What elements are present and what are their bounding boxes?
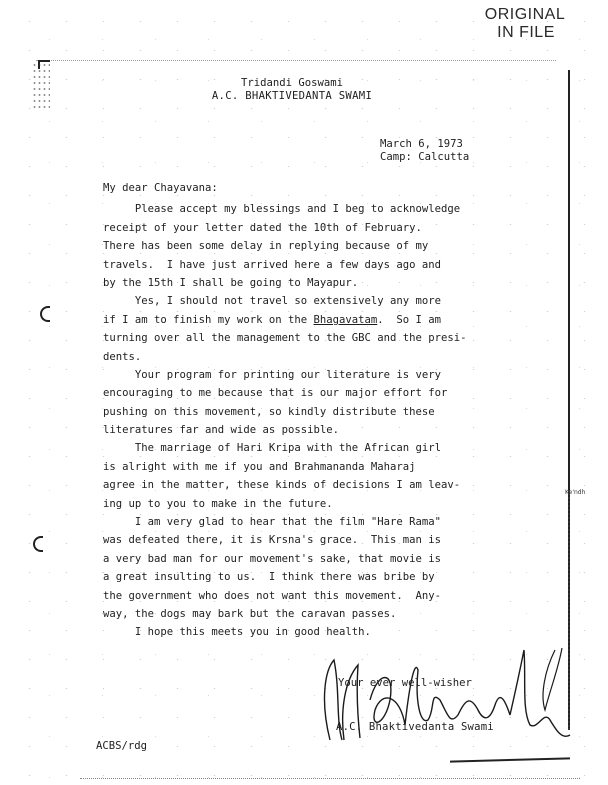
body-line xyxy=(103,182,533,200)
margin-note: Ke'ndh xyxy=(565,489,585,496)
bottom-dotted-rule xyxy=(80,778,580,779)
body-line: if I am to finish my work on the Bhagava… xyxy=(103,311,533,329)
letter-body: Please accept my blessings and I beg to … xyxy=(103,182,533,642)
reference-initials: ACBS/rdg xyxy=(96,740,147,752)
body-line: There has been some delay in replying be… xyxy=(103,237,533,255)
letterhead-title: Tridandi Goswami xyxy=(0,77,596,90)
body-line: Your program for printing our literature… xyxy=(103,366,533,384)
typed-signature: A.C. Bhaktivedanta Swami xyxy=(336,721,494,733)
body-line: was defeated there, it is Krsna's grace.… xyxy=(103,531,533,549)
body-line: a very bad man for our movement's sake, … xyxy=(103,550,533,568)
closing-line: Your ever well-wisher xyxy=(338,677,472,689)
stamp-line-2: IN FILE xyxy=(470,24,580,42)
body-line: dents. xyxy=(103,348,533,366)
body-line: Please accept my blessings and I beg to … xyxy=(103,200,533,218)
original-in-file-stamp: ORIGINAL IN FILE xyxy=(470,6,580,42)
letterhead-name: A.C. BHAKTIVEDANTA SWAMI xyxy=(0,90,596,103)
top-rule xyxy=(36,60,556,61)
hole-punch-mark xyxy=(33,536,43,552)
letter-date: March 6, 1973 xyxy=(380,138,463,151)
letter-location: Camp: Calcutta xyxy=(380,151,469,164)
body-line: the government who does not want this mo… xyxy=(103,587,533,605)
body-line: literatures far and wide as possible. xyxy=(103,421,533,439)
body-line: The marriage of Hari Kripa with the Afri… xyxy=(103,439,533,457)
body-line: Yes, I should not travel so extensively … xyxy=(103,292,533,310)
body-line: receipt of your letter dated the 10th of… xyxy=(103,219,533,237)
body-line: way, the dogs may bark but the caravan p… xyxy=(103,605,533,623)
body-line: I hope this meets you in good health. xyxy=(103,623,533,641)
hole-punch-mark xyxy=(40,306,50,322)
body-line: turning over all the management to the G… xyxy=(103,329,533,347)
body-line: ing up to you to make in the future. xyxy=(103,495,533,513)
body-line: travels. I have just arrived here a few … xyxy=(103,256,533,274)
body-line: encouraging to me because that is our ma… xyxy=(103,384,533,402)
body-line: agree in the matter, these kinds of deci… xyxy=(103,476,533,494)
body-line: I am very glad to hear that the film "Ha… xyxy=(103,513,533,531)
stamp-line-1: ORIGINAL xyxy=(470,6,580,24)
body-line: by the 15th I shall be going to Mayapur. xyxy=(103,274,533,292)
body-line: a great insulting to us. I think there w… xyxy=(103,568,533,586)
underlined-title: Bhagavatam xyxy=(313,314,377,326)
body-line: pushing on this movement, so kindly dist… xyxy=(103,403,533,421)
body-line: is alright with me if you and Brahmanand… xyxy=(103,458,533,476)
signature-underline xyxy=(450,757,570,762)
handwritten-signature xyxy=(300,640,590,750)
